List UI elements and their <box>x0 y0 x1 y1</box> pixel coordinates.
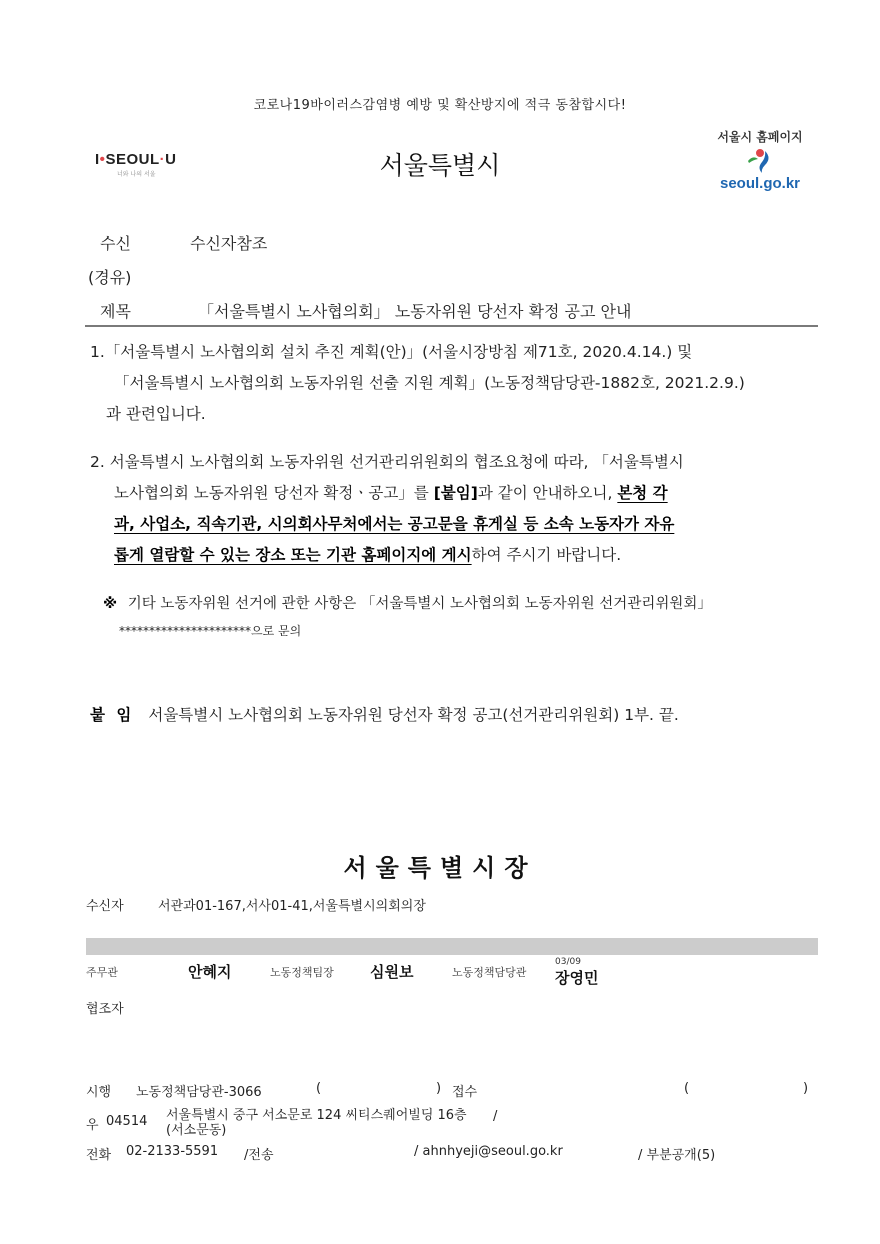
reviewer-role: 노동정책팀장 <box>270 964 334 980</box>
para2-line2: 노사협의회 노동자위원 당선자 확정ㆍ공고」를 [붙임]과 같이 안내하오니, … <box>90 478 820 509</box>
postal-code: 04514 <box>106 1114 147 1129</box>
seoul-homepage-logo[interactable]: 서울시 홈페이지 seoul.go.kr <box>705 128 815 192</box>
fax-label: /전송 <box>244 1144 274 1163</box>
para1-line1: 1.「서울특별시 노사협의회 설치 추진 계획(안)」(서울시장방침 제71호,… <box>90 343 692 361</box>
drafter-role: 주무관 <box>86 964 118 980</box>
enforcement-doc-number: 노동정책담당관-3066 <box>136 1081 262 1100</box>
reviewer-name: 심원보 <box>370 961 413 982</box>
para2-line3: 과, 사업소, 직속기관, 시의회사무처에서는 공고문을 휴게실 등 소속 노동… <box>90 509 820 540</box>
enforcement-label: 시행 <box>86 1081 111 1100</box>
para2-line2-text: 노사협의회 노동자위원 당선자 확정ㆍ공고」를 <box>114 484 434 502</box>
attachment-ref: [붙임] <box>434 484 478 502</box>
paren-open-1: ( <box>316 1081 321 1096</box>
para1-line3: 과 관련입니다. <box>90 399 820 430</box>
phone-number: 02-2133-5591 <box>126 1144 218 1159</box>
para2-emphasis-start: 본청 각 <box>617 484 667 502</box>
approval-bar <box>86 938 818 955</box>
postal-label: 우 <box>86 1114 99 1133</box>
disclosure-status: / 부분공개(5) <box>638 1144 715 1163</box>
campaign-slogan: 코로나19바이러스감염병 예방 및 확산방지에 적극 동참합시다! <box>0 94 880 113</box>
paren-close-1: ) <box>436 1081 441 1096</box>
address-slash: / <box>493 1109 497 1124</box>
paren-open-2: ( <box>684 1081 689 1096</box>
para2-line1: 2. 서울특별시 노사협의회 노동자위원 선거관리위원회의 협조요청에 따라, … <box>90 453 684 471</box>
approver-role: 노동정책담당관 <box>452 964 526 980</box>
cooperator-label: 협조자 <box>86 998 124 1017</box>
para1-line2: 「서울특별시 노사협의회 노동자위원 선출 지원 계획」(노동정책담당관-188… <box>90 368 820 399</box>
note-line2: **********************으로 문의 <box>119 624 301 638</box>
paragraph-2: 2. 서울특별시 노사협의회 노동자위원 선거관리위원회의 협조요청에 따라, … <box>90 447 820 571</box>
recipient-value: 수신자참조 <box>190 231 267 254</box>
para2-line4: 롭게 열람할 수 있는 장소 또는 기관 홈페이지에 게시하여 주시기 바랍니다… <box>90 540 820 571</box>
via-label: (경유) <box>88 265 131 288</box>
seoul-emblem-icon <box>745 148 775 174</box>
homepage-url: seoul.go.kr <box>705 175 815 192</box>
subject-value: 「서울특별시 노사협의회」 노동자위원 당선자 확정 공고 안내 <box>198 299 631 322</box>
recipient-label: 수신 <box>100 231 131 254</box>
attachment-line: 붙 임서울특별시 노사협의회 노동자위원 당선자 확정 공고(선거관리위원회) … <box>90 703 679 725</box>
reference-mark-icon: ※ <box>103 596 117 612</box>
header-divider <box>85 325 818 327</box>
phone-label: 전화 <box>86 1144 111 1163</box>
para2-emphasis-end: 롭게 열람할 수 있는 장소 또는 기관 홈페이지에 게시 <box>114 546 472 564</box>
homepage-caption: 서울시 홈페이지 <box>705 128 815 145</box>
sender-title: 서울특별시장 <box>0 848 880 883</box>
approver-date: 03/09 <box>555 957 581 967</box>
para2-emphasis-mid: 과, 사업소, 직속기관, 시의회사무처에서는 공고문을 휴게실 등 소속 노동… <box>114 515 674 533</box>
paren-close-2: ) <box>803 1081 808 1096</box>
note-block: ※ 기타 노동자위원 선거에 관한 사항은 「서울특별시 노사협의회 노동자위원… <box>103 591 712 645</box>
drafter-name: 안혜지 <box>188 961 231 982</box>
email-link[interactable]: / ahnhyeji@seoul.go.kr <box>414 1144 563 1159</box>
recipients-value: 서관과01-167,서사01-41,서울특별시의회의장 <box>158 895 426 914</box>
approver-name: 장영민 <box>555 967 598 988</box>
para2-line2-text-b: 과 같이 안내하오니, <box>478 484 618 502</box>
attachment-text: 서울특별시 노사협의회 노동자위원 당선자 확정 공고(선거관리위원회) 1부.… <box>148 706 678 724</box>
address-line2: (서소문동) <box>166 1119 226 1138</box>
paragraph-1: 1.「서울특별시 노사협의회 설치 추진 계획(안)」(서울시장방침 제71호,… <box>90 337 820 430</box>
receipt-label: 접수 <box>452 1081 477 1100</box>
note-line1: 기타 노동자위원 선거에 관한 사항은 「서울특별시 노사협의회 노동자위원 선… <box>128 596 712 612</box>
attachment-label: 붙 임 <box>90 706 134 724</box>
recipients-label: 수신자 <box>86 895 124 914</box>
para2-tail: 하여 주시기 바랍니다. <box>472 546 622 564</box>
subject-label: 제목 <box>100 299 131 322</box>
